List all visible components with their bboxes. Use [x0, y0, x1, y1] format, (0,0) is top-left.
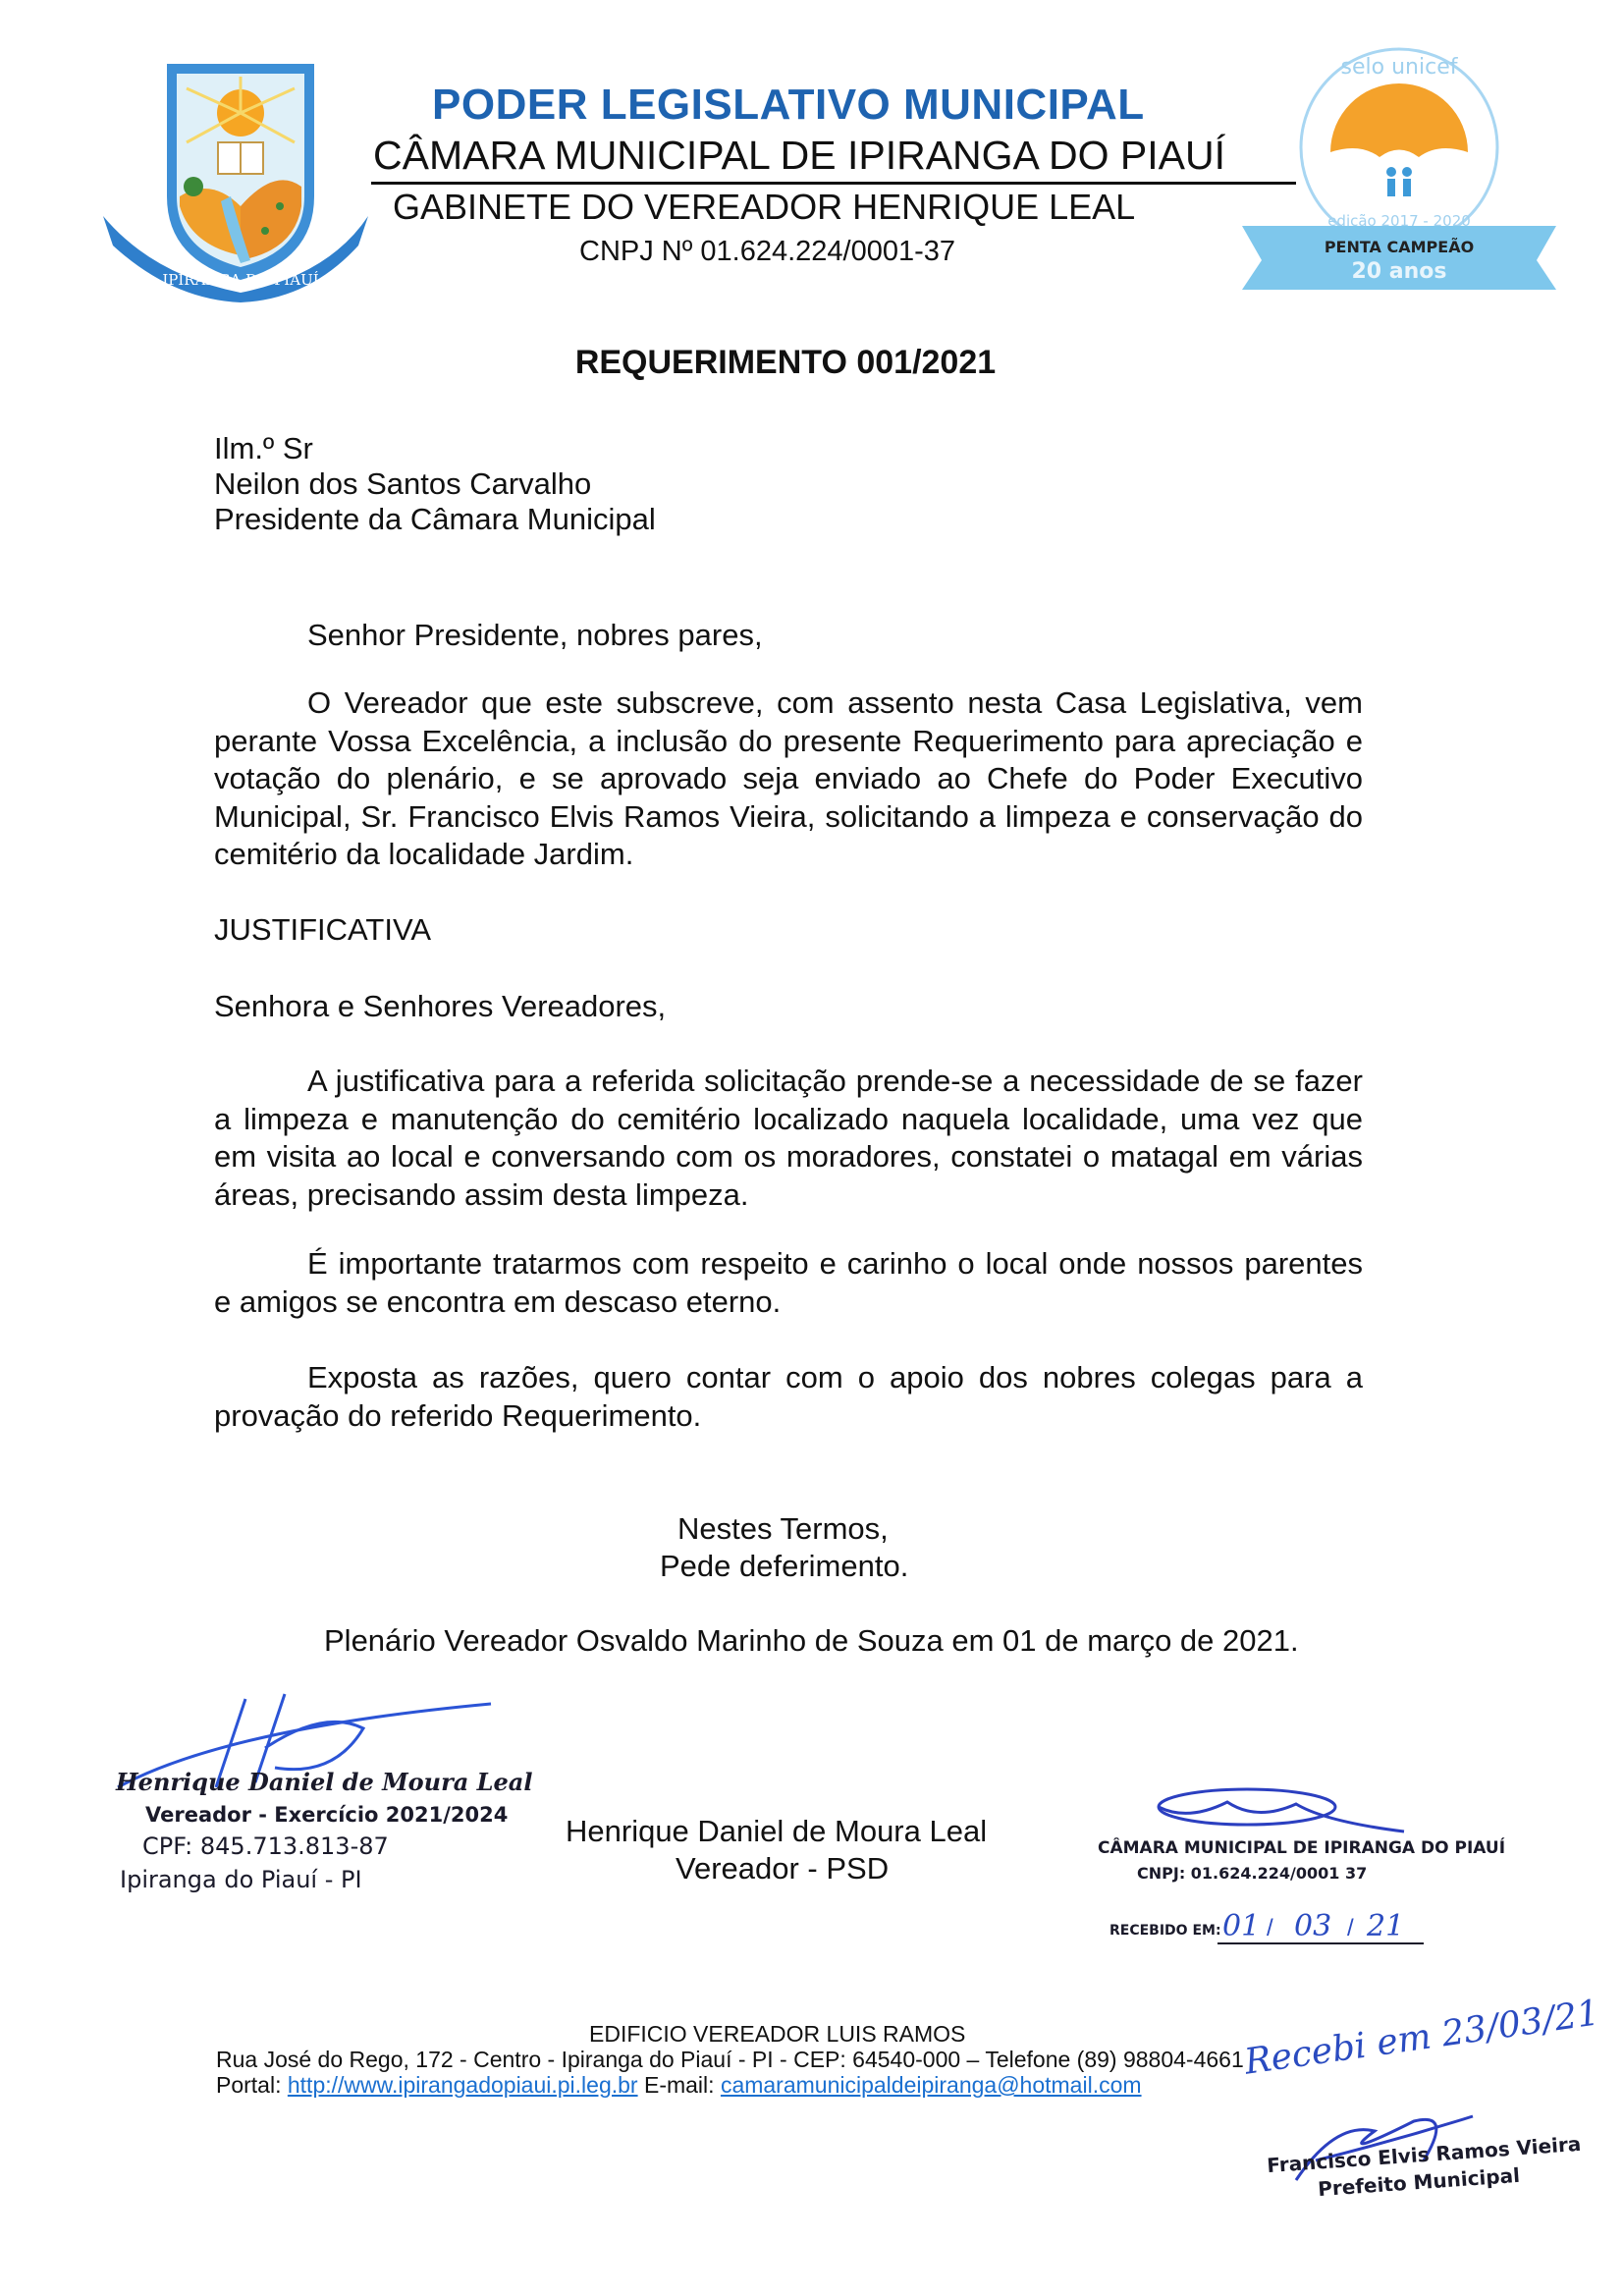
date-separator: / — [1267, 1915, 1273, 1942]
body-paragraph-3: É importante tratarmos com respeito e ca… — [214, 1245, 1363, 1321]
date-separator: / — [1347, 1915, 1354, 1942]
stamp-left-cpf: CPF: 845.713.813-87 — [142, 1832, 389, 1860]
email-label: E-mail: — [644, 2072, 715, 2098]
addressee-honorific: Ilm.º Sr — [214, 430, 313, 467]
received-year: 21 — [1367, 1909, 1404, 1943]
header-divider — [371, 182, 1296, 185]
closing-line-2: Pede deferimento. — [660, 1548, 908, 1585]
footer-address: Rua José do Rego, 172 - Centro - Ipirang… — [216, 2047, 1244, 2073]
received-underline — [1217, 1942, 1424, 1944]
addressee-name: Neilon dos Santos Carvalho — [214, 465, 591, 503]
place-date: Plenário Vereador Osvaldo Marinho de Sou… — [324, 1622, 1299, 1660]
signature-receiver — [1129, 1782, 1424, 1841]
header-cnpj: CNPJ Nº 01.624.224/0001-37 — [579, 236, 955, 268]
footer-building: EDIFICIO VEREADOR LUIS RAMOS — [589, 2021, 965, 2048]
svg-text:selo unicef: selo unicef — [1341, 55, 1459, 80]
body-paragraph-1: O Vereador que este subscreve, com assen… — [214, 684, 1363, 874]
portal-label: Portal: — [216, 2072, 281, 2098]
salutation: Senhor Presidente, nobres pares, — [307, 617, 763, 654]
header-line-legislativo: PODER LEGISLATIVO MUNICIPAL — [432, 81, 1145, 130]
handwritten-received-note: Recebi em 23/03/21 — [1242, 1993, 1602, 2082]
stamp-left-name: Henrique Daniel de Moura Leal — [116, 1768, 532, 1796]
received-month: 03 — [1294, 1909, 1331, 1943]
closing-line-1: Nestes Termos, — [677, 1510, 889, 1548]
svg-text:IPIRANGA DO PIAUÍ: IPIRANGA DO PIAUÍ — [162, 271, 318, 289]
addressee-title: Presidente da Câmara Municipal — [214, 501, 656, 538]
unicef-seal-logo: selo unicef edição 2017 - 2020 PENTA CAM… — [1222, 34, 1576, 309]
signer-name: Henrique Daniel de Moura Leal — [566, 1813, 987, 1850]
email-link[interactable]: camaramunicipaldeipiranga@hotmail.com — [721, 2072, 1142, 2098]
stamp-right-cnpj: CNPJ: 01.624.224/0001 37 — [1137, 1864, 1367, 1883]
svg-text:PENTA CAMPEÃO: PENTA CAMPEÃO — [1325, 238, 1474, 256]
justificativa-heading: JUSTIFICATIVA — [214, 911, 431, 949]
stamp-right-camara: CÂMARA MUNICIPAL DE IPIRANGA DO PIAUÍ — [1098, 1838, 1505, 1858]
document-title: REQUERIMENTO 001/2021 — [0, 344, 1571, 382]
svg-text:20 anos: 20 anos — [1352, 259, 1447, 284]
salutation-2: Senhora e Senhores Vereadores, — [214, 988, 666, 1025]
signer-role: Vereador - PSD — [676, 1850, 889, 1887]
received-day: 01 — [1222, 1909, 1260, 1943]
portal-link[interactable]: http://www.ipirangadopiaui.pi.leg.br — [288, 2072, 638, 2098]
municipal-crest-logo: IPIRANGA DO PIAUÍ — [93, 49, 373, 304]
header-line-gabinete: GABINETE DO VEREADOR HENRIQUE LEAL — [393, 187, 1135, 228]
body-paragraph-4: Exposta as razões, quero contar com o ap… — [214, 1359, 1363, 1435]
stamp-left-role: Vereador - Exercício 2021/2024 — [145, 1803, 508, 1827]
body-paragraph-2: A justificativa para a referida solicita… — [214, 1063, 1363, 1214]
header-line-camara: CÂMARA MUNICIPAL DE IPIRANGA DO PIAUÍ — [373, 133, 1225, 179]
received-label: RECEBIDO EM: — [1109, 1923, 1221, 1939]
stamp-left-city: Ipiranga do Piauí - PI — [120, 1866, 362, 1893]
footer-contacts: Portal: http://www.ipirangadopiaui.pi.le… — [216, 2072, 1142, 2099]
